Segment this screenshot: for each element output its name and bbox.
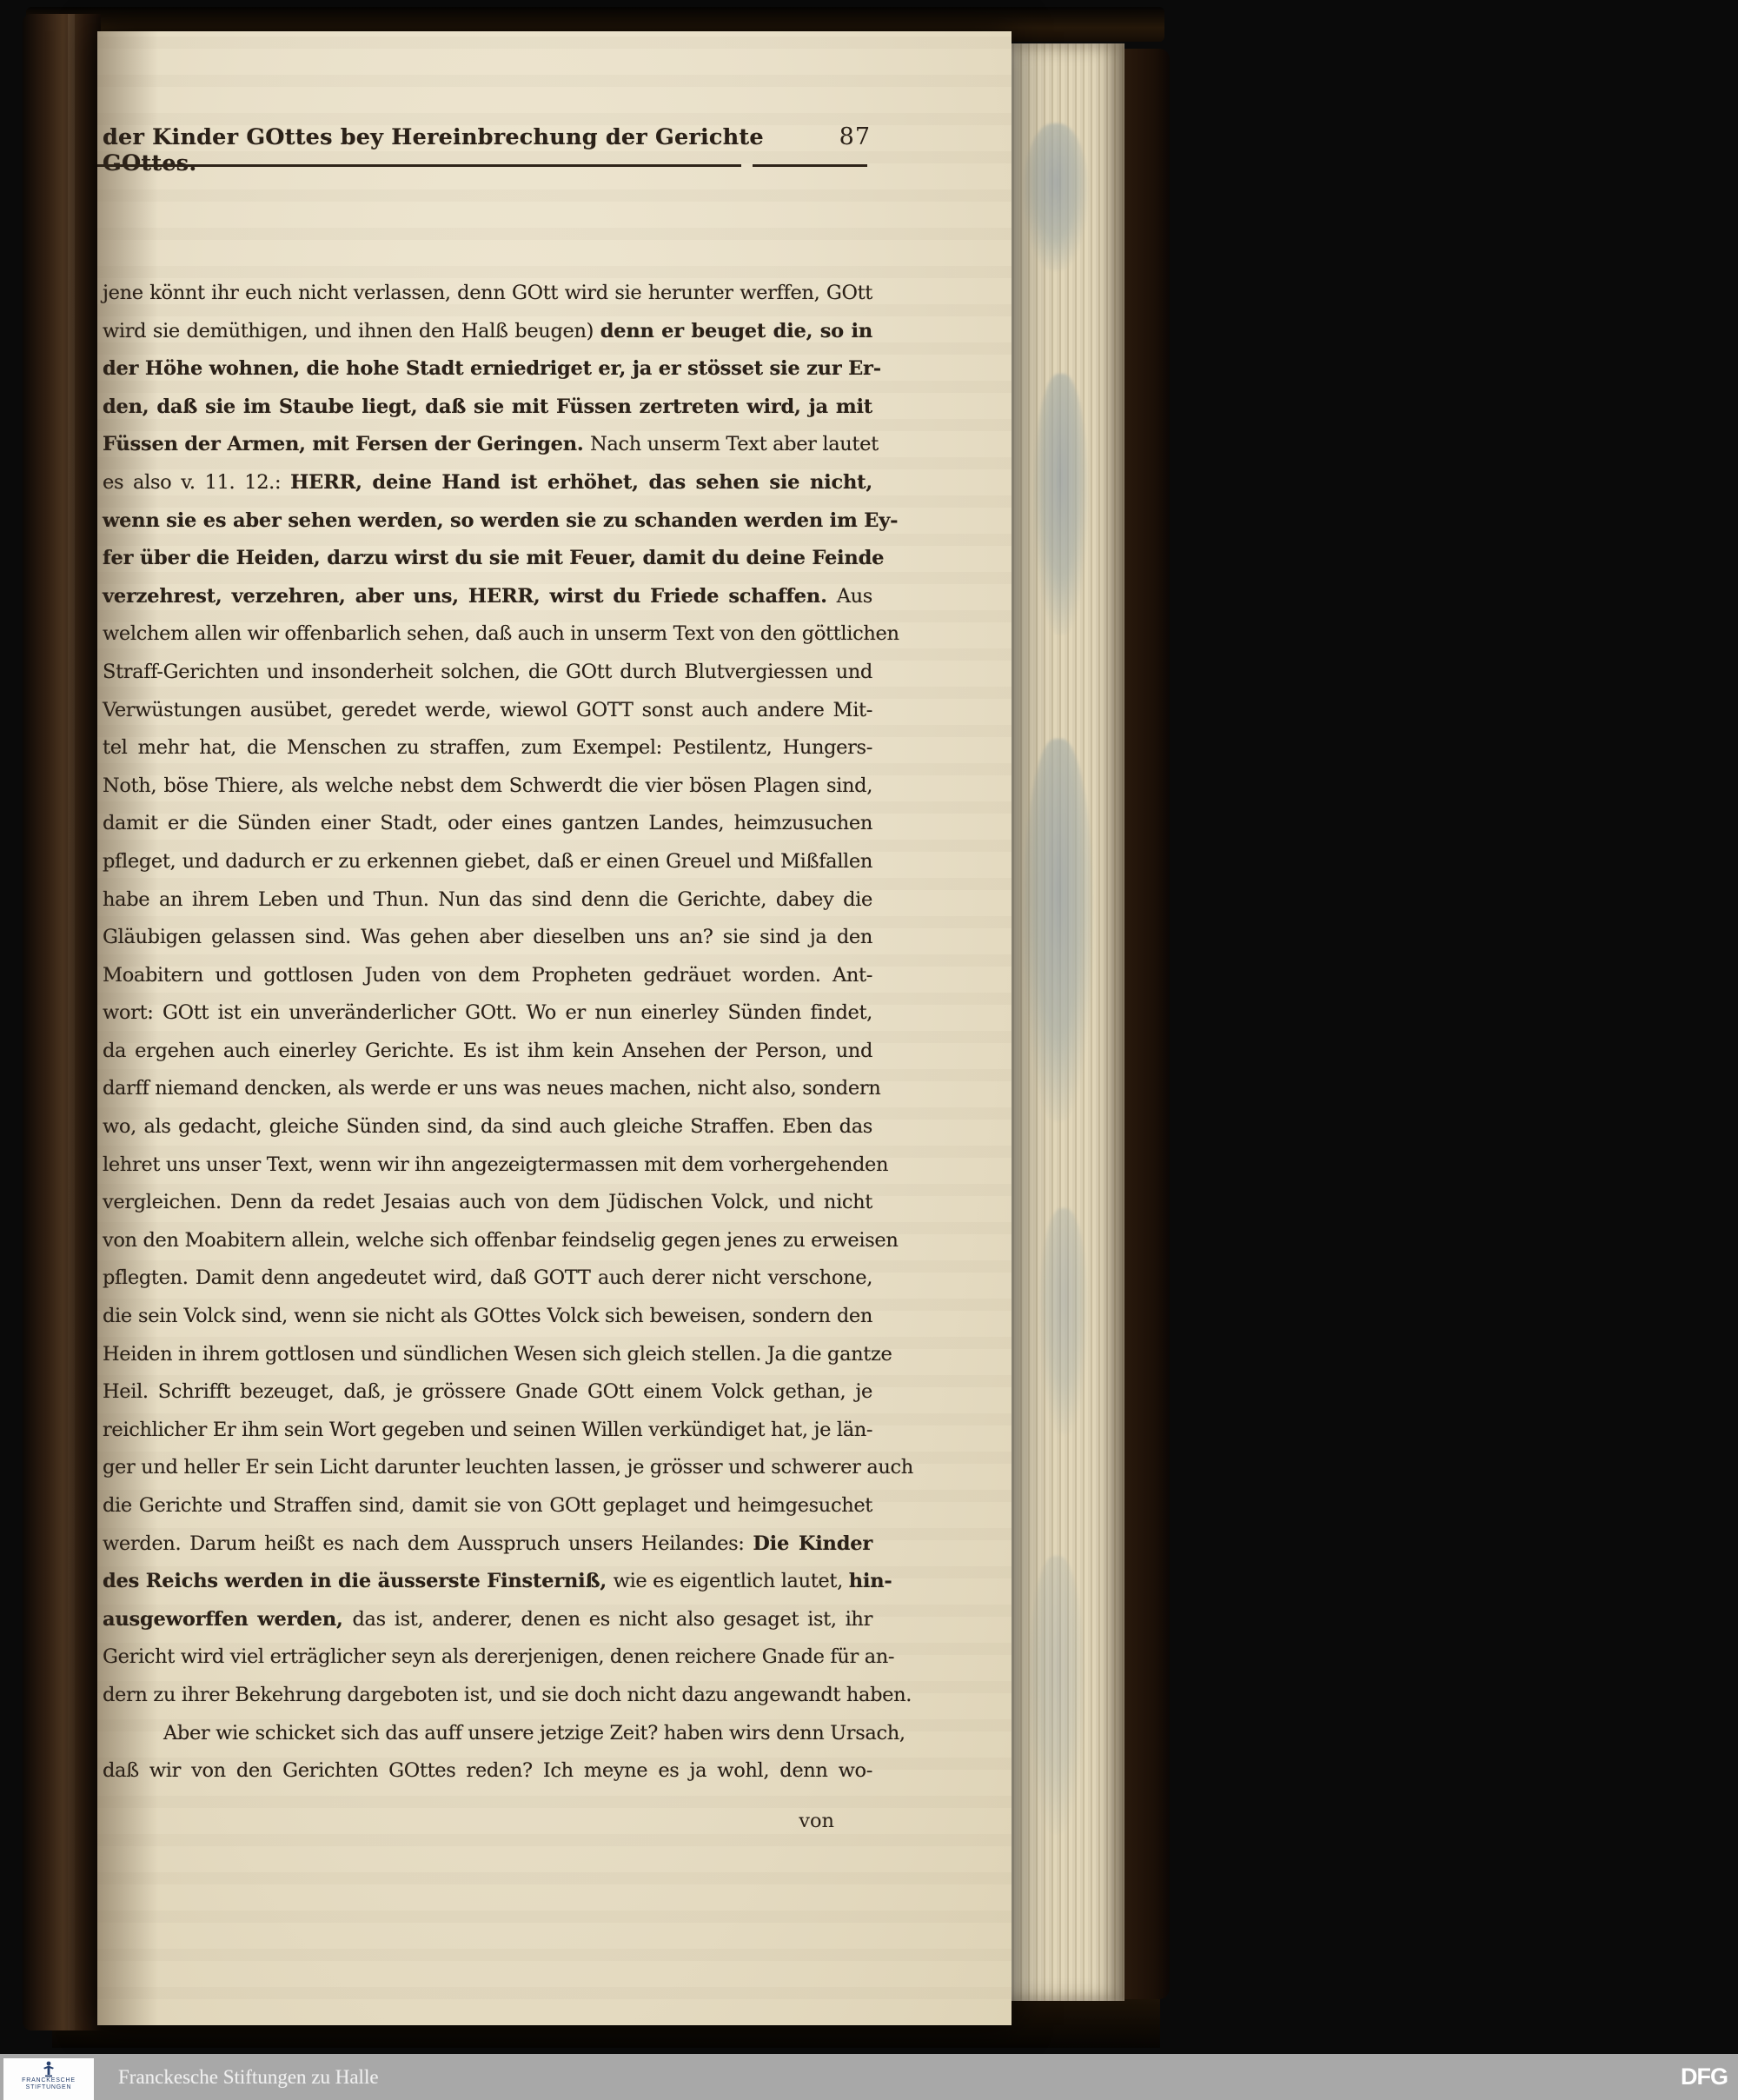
rule-segment	[753, 164, 867, 167]
text-line: lehret uns unser Text, wenn wir ihn ange…	[103, 1146, 872, 1185]
header-rule	[97, 164, 872, 167]
book-spine	[23, 14, 101, 2030]
text-line: ger und heller Er sein Licht darunter le…	[103, 1449, 872, 1487]
text-line: wenn sie es aber sehen werden, so werden…	[103, 502, 872, 541]
text-line: wird sie demüthigen, und ihnen den Halß …	[103, 313, 872, 351]
text-line: Straff-Gerichten und insonderheit solche…	[103, 654, 872, 692]
text-line: reichlicher Er ihm sein Wort gegeben und…	[103, 1412, 872, 1450]
text-line: werden. Darum heißt es nach dem Ausspruc…	[103, 1525, 872, 1564]
franckesche-logo: FRANCKESCHE STIFTUNGEN	[3, 2058, 94, 2100]
catchword: von	[103, 1810, 872, 1832]
institution-label: Franckesche Stiftungen zu Halle	[118, 2054, 379, 2100]
text-line: daß wir von den Gerichten GOttes reden? …	[103, 1752, 872, 1791]
text-line: pfleget, und dadurch er zu erkennen gieb…	[103, 843, 872, 881]
marbled-pattern	[1039, 1208, 1088, 1434]
rule-segment	[97, 164, 741, 167]
logo-text-line2: STIFTUNGEN	[26, 2084, 72, 2091]
text-line: habe an ihrem Leben und Thun. Nun das si…	[103, 881, 872, 920]
marbled-pattern	[1024, 123, 1088, 271]
text-line: jene könnt ihr euch nicht verlassen, den…	[103, 275, 872, 313]
text-line: Gericht wird viel erträglicher seyn als …	[103, 1638, 872, 1677]
running-header: der Kinder GOttes bey Hereinbrechung der…	[103, 123, 871, 176]
text-line: darff niemand dencken, als werde er uns …	[103, 1070, 872, 1108]
text-line: Gläubigen gelassen sind. Was gehen aber …	[103, 919, 872, 957]
scanned-book-photo: der Kinder GOttes bey Hereinbrechung der…	[0, 0, 1738, 2100]
text-line: da ergehen auch einerley Gerichte. Es is…	[103, 1033, 872, 1071]
text-line: wo, als gedacht, gleiche Sünden sind, da…	[103, 1108, 872, 1146]
text-line: die Gerichte und Straffen sind, damit si…	[103, 1487, 872, 1525]
marbled-pattern	[1029, 1556, 1085, 1834]
text-line: der Höhe wohnen, die hohe Stadt erniedri…	[103, 350, 872, 389]
text-line: wort: GOtt ist ein unveränderlicher GOtt…	[103, 994, 872, 1033]
text-line: Moabitern und gottlosen Juden von dem Pr…	[103, 957, 872, 995]
text-line: tel mehr hat, die Menschen zu straffen, …	[103, 729, 872, 768]
text-line: die sein Volck sind, wenn sie nicht als …	[103, 1298, 872, 1336]
page-number: 87	[839, 123, 871, 150]
page-block-fore-edge	[1010, 43, 1124, 2001]
text-line: ausgeworffen werden, das ist, anderer, d…	[103, 1601, 872, 1639]
marbled-pattern	[1034, 374, 1088, 635]
text-line: pflegten. Damit denn angedeutet wird, da…	[103, 1259, 872, 1298]
page-title: der Kinder GOttes bey Hereinbrechung der…	[103, 124, 839, 176]
dfg-logo: DFG	[1681, 2054, 1728, 2100]
logo-text-line1: FRANCKESCHE	[22, 2077, 76, 2084]
text-line: Füssen der Armen, mit Fersen der Geringe…	[103, 426, 872, 464]
marbled-pattern	[1024, 739, 1093, 1121]
text-line: damit er die Sünden einer Stadt, oder ei…	[103, 805, 872, 843]
text-line: vergleichen. Denn da redet Jesaias auch …	[103, 1184, 872, 1222]
viewer-footer: FRANCKESCHE STIFTUNGEN Franckesche Stift…	[0, 2054, 1738, 2100]
text-line: Heiden in ihrem gottlosen und sündlichen…	[103, 1336, 872, 1374]
text-line: dern zu ihrer Bekehrung dargeboten ist, …	[103, 1677, 872, 1715]
text-line: Aber wie schicket sich das auff unsere j…	[103, 1715, 872, 1753]
franckesche-emblem-icon	[42, 2060, 56, 2077]
text-line: Noth, böse Thiere, als welche nebst dem …	[103, 768, 872, 806]
text-line: verzehrest, verzehren, aber uns, HERR, w…	[103, 578, 872, 616]
text-line: welchem allen wir offenbarlich sehen, da…	[103, 615, 872, 654]
text-line: den, daß sie im Staube liegt, daß sie mi…	[103, 389, 872, 427]
book-cover-edge	[1123, 49, 1170, 1999]
text-line: des Reichs werden in die äusserste Finst…	[103, 1563, 872, 1601]
page-text: jene könnt ihr euch nicht verlassen, den…	[103, 275, 872, 1791]
text-line: Heil. Schrifft bezeuget, daß, je grösser…	[103, 1373, 872, 1412]
text-line: fer über die Heiden, darzu wirst du sie …	[103, 540, 872, 578]
text-line: Verwüstungen ausübet, geredet werde, wie…	[103, 692, 872, 730]
text-line: von den Moabitern allein, welche sich of…	[103, 1222, 872, 1260]
text-line: es also v. 11. 12.: HERR, deine Hand ist…	[103, 464, 872, 502]
